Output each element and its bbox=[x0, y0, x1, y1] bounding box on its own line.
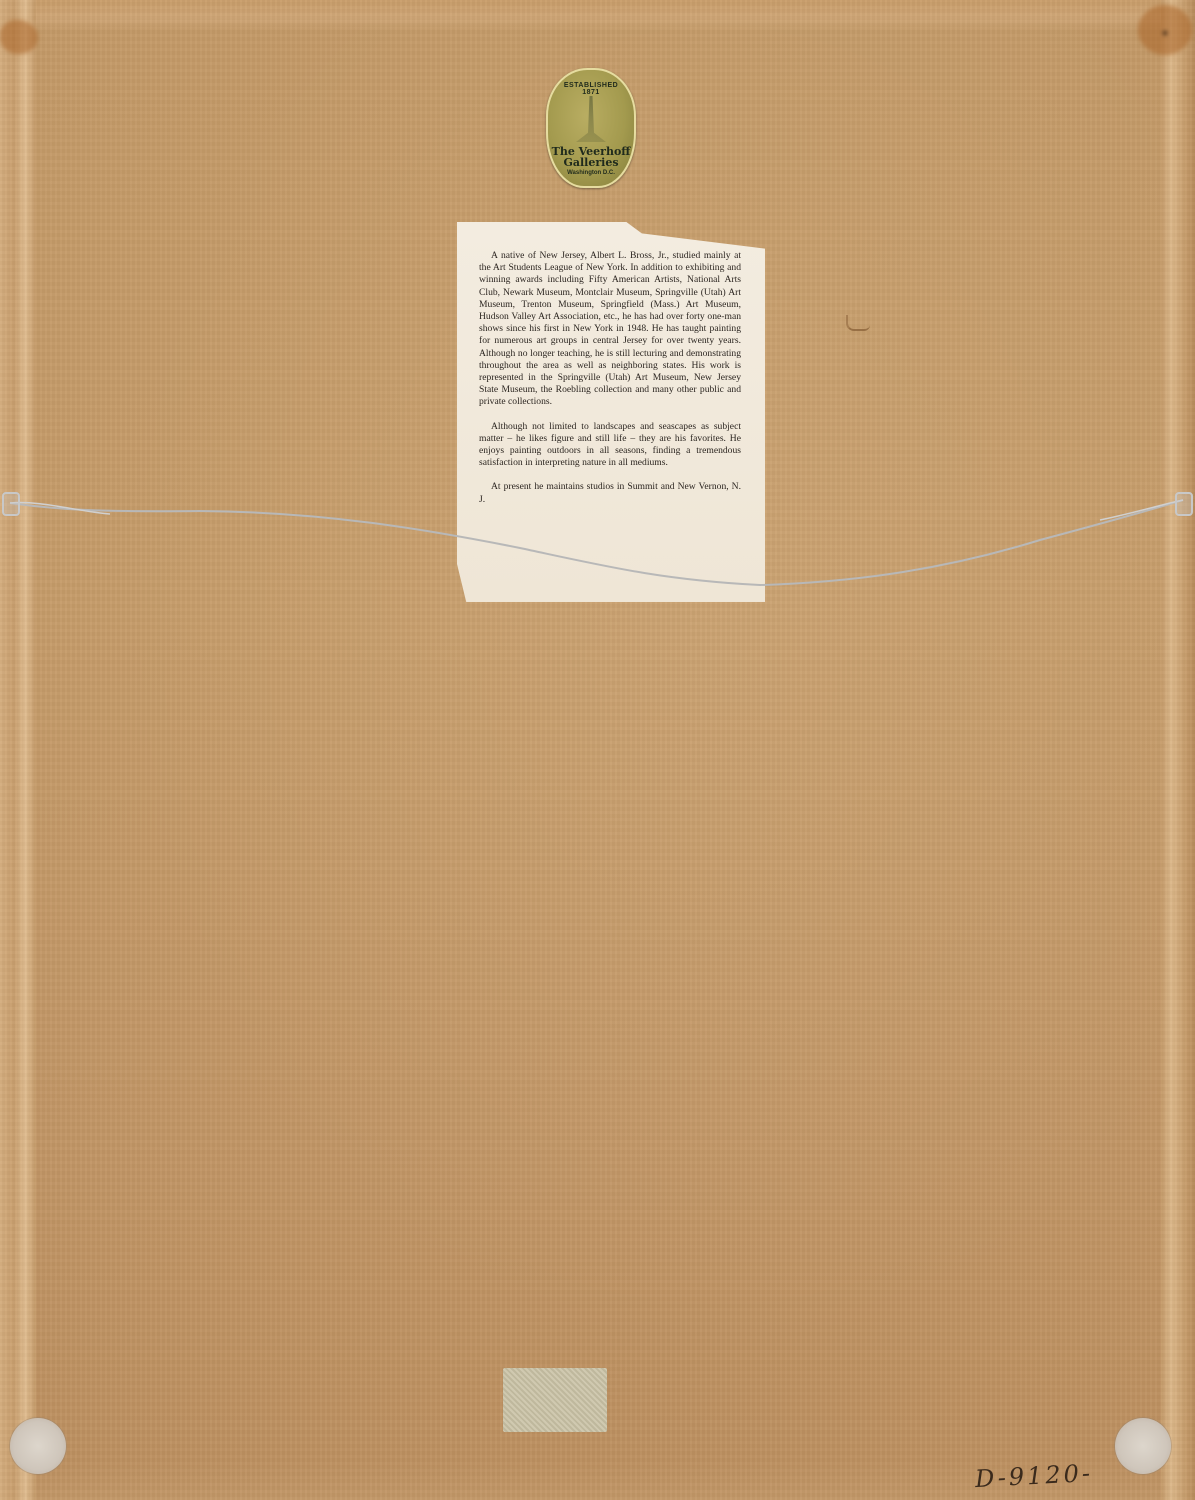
felt-patch bbox=[503, 1368, 607, 1432]
monument-icon bbox=[576, 96, 606, 142]
hanger-eye-right bbox=[1175, 492, 1193, 516]
artist-bio-card: A native of New Jersey, Albert L. Bross,… bbox=[457, 222, 765, 602]
frame-back-dust-cover: ESTABLISHED 1871 The Veerhoff Galleries … bbox=[0, 0, 1195, 1500]
stain-top-left bbox=[0, 20, 38, 54]
stain-top-right bbox=[1138, 5, 1192, 55]
paper-edge-right bbox=[1161, 0, 1195, 1500]
gallery-label: ESTABLISHED 1871 The Veerhoff Galleries … bbox=[546, 68, 636, 188]
inventory-number: D-9120- bbox=[974, 1459, 1093, 1493]
label-established: ESTABLISHED 1871 bbox=[554, 82, 628, 96]
paper-edge-top bbox=[0, 0, 1195, 30]
paper-edge-left bbox=[0, 0, 36, 1500]
bio-paragraph-2: Although not limited to landscapes and s… bbox=[479, 421, 741, 470]
felt-bumper-left bbox=[10, 1418, 66, 1474]
label-gallery-name: The Veerhoff Galleries bbox=[550, 146, 632, 168]
label-name-line2: Galleries bbox=[550, 157, 632, 168]
bio-text: A native of New Jersey, Albert L. Bross,… bbox=[479, 250, 741, 518]
hanger-eye-left bbox=[2, 492, 20, 516]
paper-tear bbox=[846, 315, 870, 331]
felt-bumper-right bbox=[1115, 1418, 1171, 1474]
label-city: Washington D.C. bbox=[550, 170, 632, 176]
bio-paragraph-3: At present he maintains studios in Summi… bbox=[479, 481, 741, 505]
bio-paragraph-1: A native of New Jersey, Albert L. Bross,… bbox=[479, 250, 741, 409]
